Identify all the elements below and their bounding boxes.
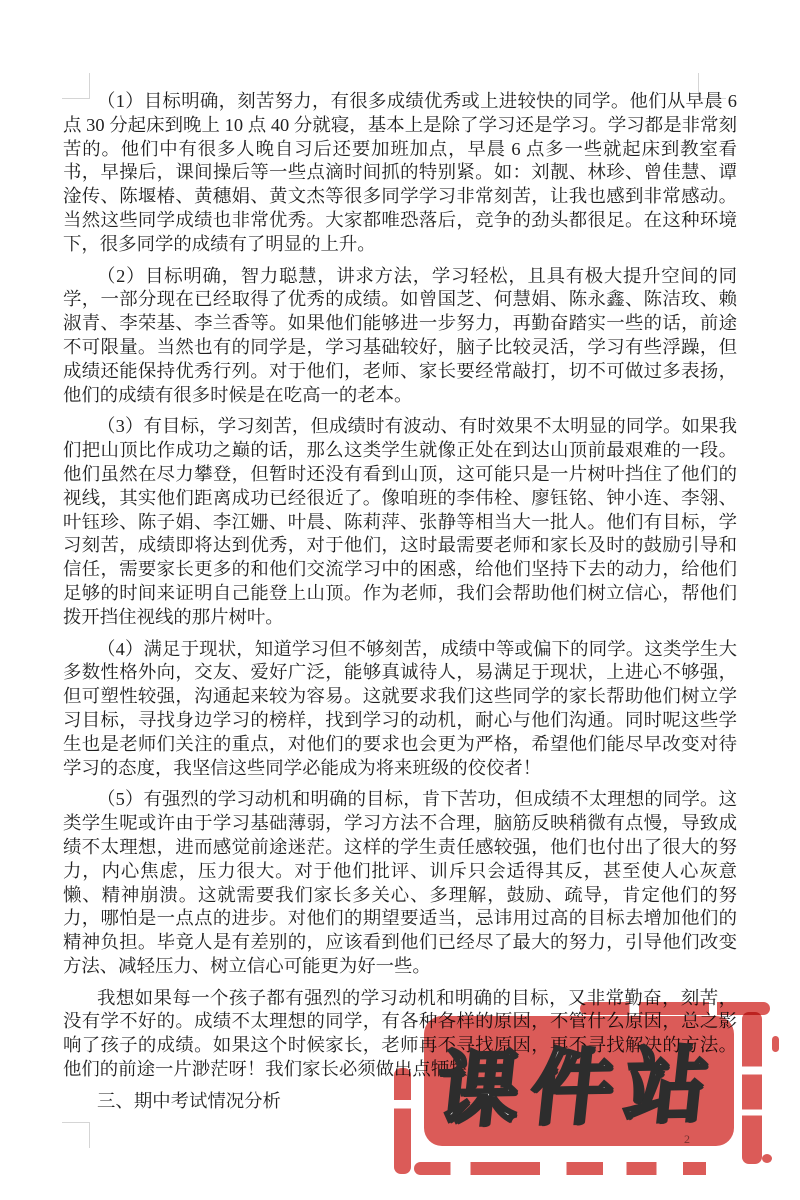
- paragraph-1: （1）目标明确，刻苦努力，有很多成绩优秀或上进较快的同学。他们从早晨 6 点 3…: [63, 90, 737, 257]
- paragraph-2: （2）目标明确，智力聪慧，讲求方法，学习轻松，且具有极大提升空间的同学，一部分现…: [63, 265, 737, 408]
- stamp-ink-speck: [772, 1036, 779, 1052]
- paragraph-6: 我想如果每一个孩子都有强烈的学习动机和明确的目标，又非常勤奋，刻苦，没有学不好的…: [63, 987, 737, 1082]
- stamp-ink-speck: [762, 1154, 772, 1163]
- crop-mark-bottom-left: [62, 1122, 90, 1148]
- paragraph-5: （5）有强烈的学习动机和明确的目标，肯下苦功，但成绩不太理想的同学。这类学生呢或…: [63, 788, 737, 978]
- page-number: 2: [684, 1132, 690, 1147]
- paragraph-4: （4）满足于现状，知道学习但不够刻苦，成绩中等或偏下的同学。这类学生大多数性格外…: [63, 638, 737, 781]
- section-heading: 三、期中考试情况分析: [63, 1090, 737, 1114]
- stamp-border-bottom: [414, 1162, 746, 1175]
- stamp-border-right: [742, 1012, 762, 1164]
- paragraph-3: （3）有目标，学习刻苦，但成绩时有波动、有时效果不太明显的同学。如果我们把山顶比…: [63, 415, 737, 629]
- text-content: （1）目标明确，刻苦努力，有很多成绩优秀或上进较快的同学。他们从早晨 6 点 3…: [63, 90, 737, 1122]
- document-page: （1）目标明确，刻苦努力，有很多成绩优秀或上进较快的同学。他们从早晨 6 点 3…: [0, 0, 800, 1200]
